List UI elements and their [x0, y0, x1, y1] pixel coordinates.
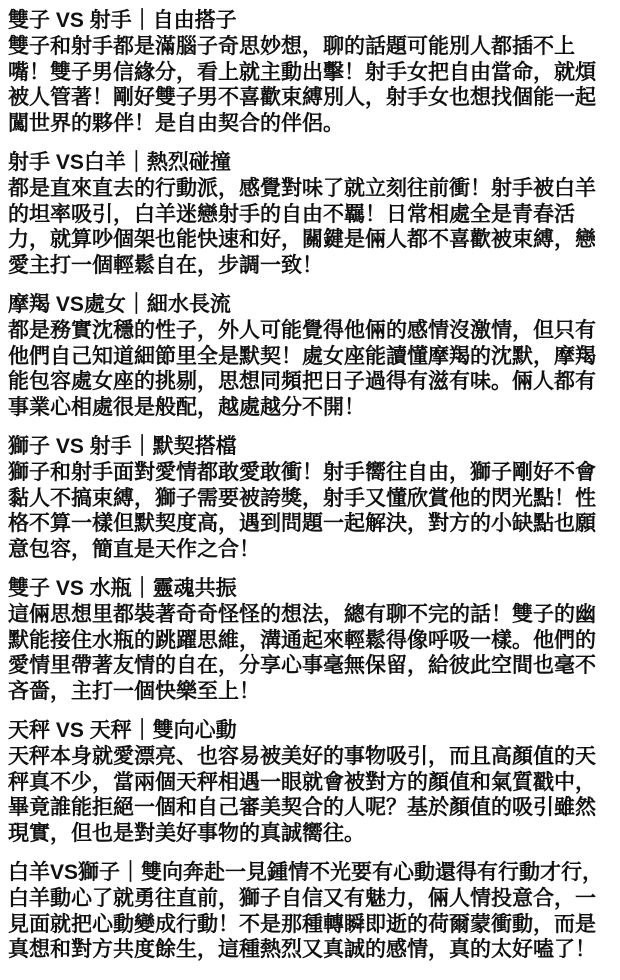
section-body: 都是務實沈穩的性子，外人可能覺得他倆的感情沒激情，但只有他們自己知道細節里全是默… [8, 318, 610, 421]
section-capricorn-virgo: 摩羯 VS處女｜細水長流 都是務實沈穩的性子，外人可能覺得他倆的感情沒激情，但只… [8, 292, 610, 421]
section-aries-leo: 白羊VS獅子｜雙向奔赴一見鍾情不光要有心動還得有行動才行，白羊動心了就勇往直前，… [8, 860, 610, 963]
section-libra-libra: 天秤 VS 天秤｜雙向心動 天秤本身就愛漂亮、也容易被美好的事物吸引，而且高顏值… [8, 718, 610, 847]
section-gemini-aquarius: 雙子 VS 水瓶｜靈魂共振 這倆思想里都裝著奇奇怪怪的想法，總有聊不完的話！雙子… [8, 576, 610, 705]
section-title: 射手 VS白羊｜熱烈碰撞 [8, 150, 610, 176]
section-leo-sagittarius: 獅子 VS 射手｜默契搭檔 獅子和射手面對愛情都敢愛敢衝！射手嚮往自由，獅子剛好… [8, 434, 610, 563]
section-body: 獅子和射手面對愛情都敢愛敢衝！射手嚮往自由，獅子剛好不會黏人不搞束縛，獅子需要被… [8, 460, 610, 563]
section-title: 雙子 VS 射手｜自由搭子 [8, 8, 610, 34]
section-title: 雙子 VS 水瓶｜靈魂共振 [8, 576, 610, 602]
section-title: 摩羯 VS處女｜細水長流 [8, 292, 610, 318]
section-body: 雙子和射手都是滿腦子奇思妙想，聊的話題可能別人都插不上嘴！雙子男信緣分，看上就主… [8, 34, 610, 137]
article-page: 雙子 VS 射手｜自由搭子 雙子和射手都是滿腦子奇思妙想，聊的話題可能別人都插不… [0, 0, 620, 980]
section-body: 這倆思想里都裝著奇奇怪怪的想法，總有聊不完的話！雙子的幽默能接住水瓶的跳躍思維，… [8, 602, 610, 705]
section-gemini-sagittarius: 雙子 VS 射手｜自由搭子 雙子和射手都是滿腦子奇思妙想，聊的話題可能別人都插不… [8, 8, 610, 137]
section-body: 白羊VS獅子｜雙向奔赴一見鍾情不光要有心動還得有行動才行，白羊動心了就勇往直前，… [8, 860, 610, 963]
section-title: 天秤 VS 天秤｜雙向心動 [8, 718, 610, 744]
section-body: 天秤本身就愛漂亮、也容易被美好的事物吸引，而且高顏值的天秤真不少，當兩個天秤相遇… [8, 744, 610, 847]
section-title: 獅子 VS 射手｜默契搭檔 [8, 434, 610, 460]
section-sagittarius-aries: 射手 VS白羊｜熱烈碰撞 都是直來直去的行動派，感覺對味了就立刻往前衝！射手被白… [8, 150, 610, 279]
section-body: 都是直來直去的行動派，感覺對味了就立刻往前衝！射手被白羊的坦率吸引，白羊迷戀射手… [8, 176, 610, 279]
